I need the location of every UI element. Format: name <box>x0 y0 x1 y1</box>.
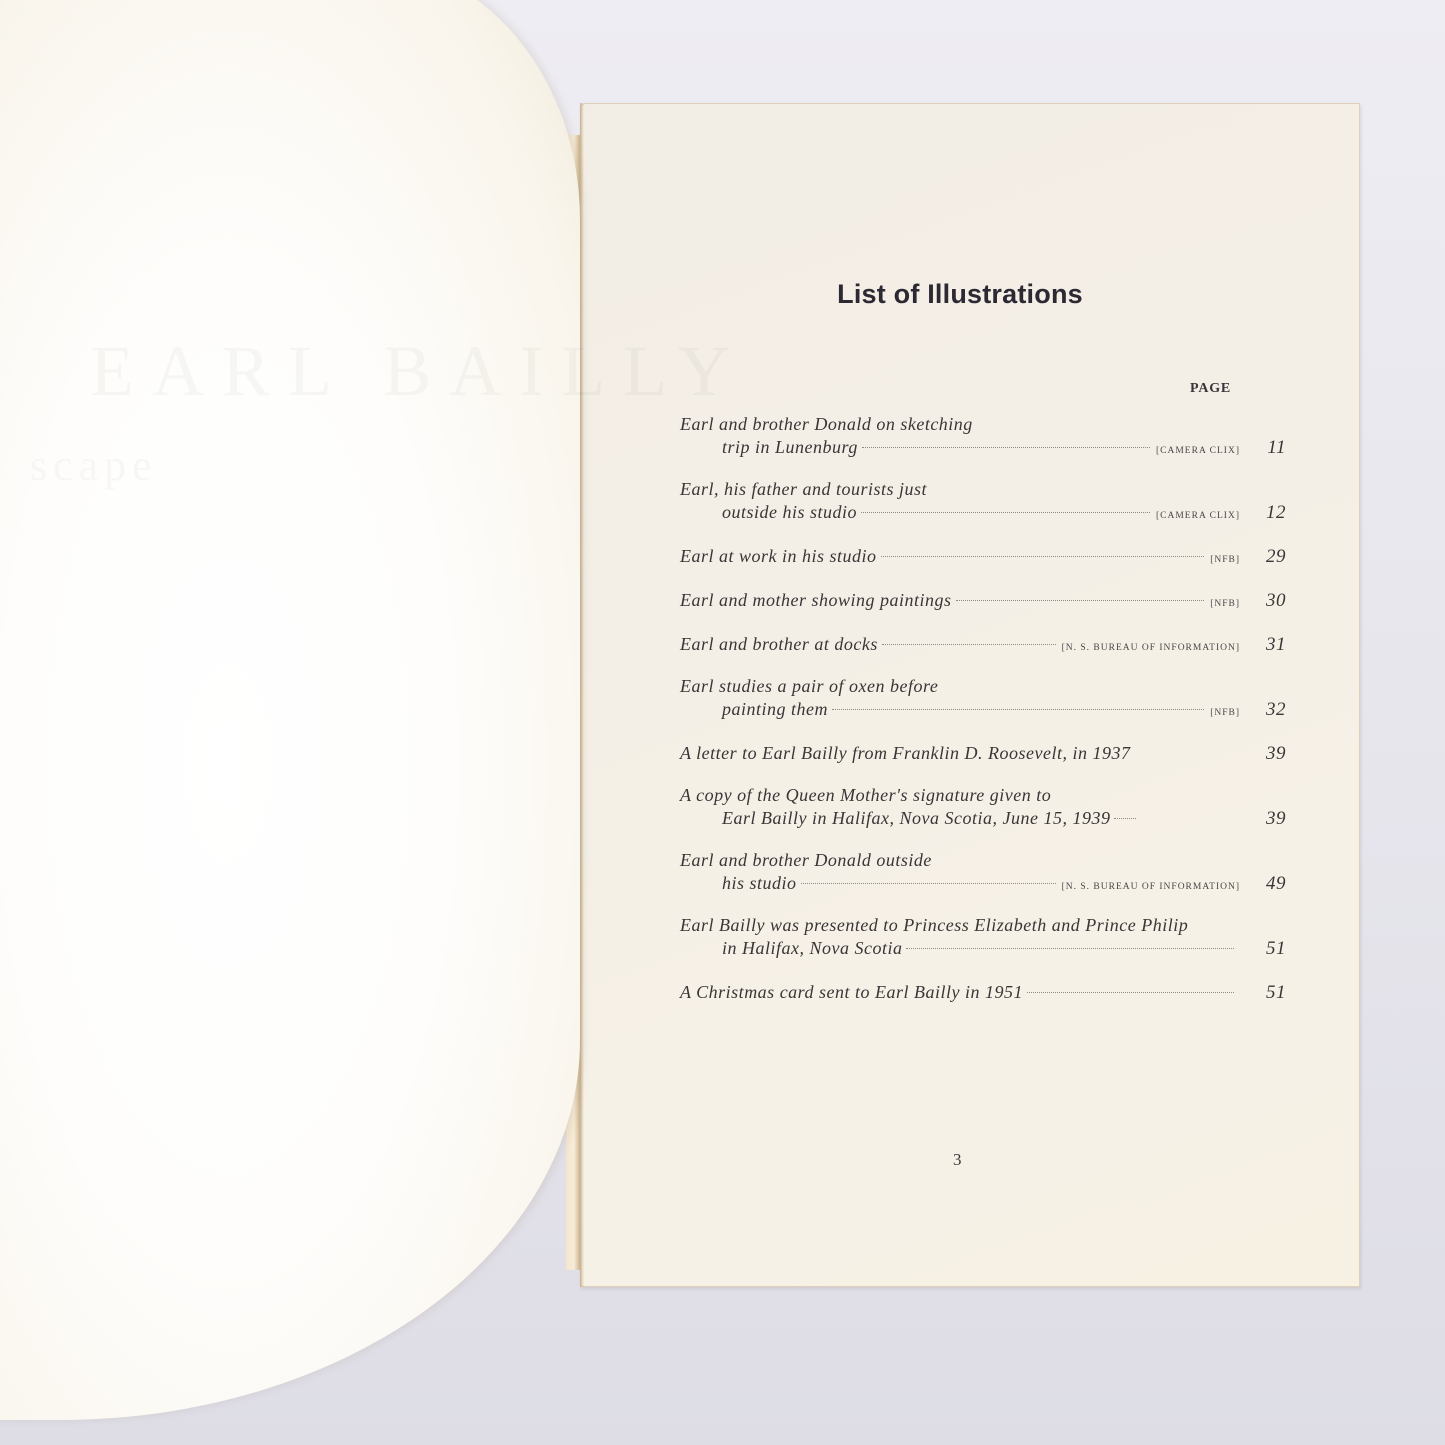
page-ref: 29 <box>1246 546 1286 568</box>
entry-caption-line: Earl Bailly was presented to Princess El… <box>680 914 1188 937</box>
dot-leader <box>881 556 1205 557</box>
photo-credit: [N. S. BUREAU OF INFORMATION] <box>1062 876 1240 899</box>
page-ref: 12 <box>1246 502 1286 524</box>
right-page: List of Illustrations PAGE Earl and brot… <box>580 103 1360 1287</box>
list-item: Earl, his father and tourists just outsi… <box>680 478 1240 524</box>
entry-caption-line: Earl, his father and tourists just <box>680 478 927 501</box>
entry-caption-line: Earl Bailly in Halifax, Nova Scotia, Jun… <box>722 807 1110 830</box>
dot-leader <box>1027 992 1234 993</box>
entry-caption-line: in Halifax, Nova Scotia <box>722 937 902 960</box>
dot-leader <box>861 512 1150 513</box>
page-ref: 51 <box>1246 938 1286 960</box>
dot-leader <box>1114 818 1136 819</box>
entry-caption-line: Earl at work in his studio <box>680 545 877 568</box>
list-item: Earl Bailly was presented to Princess El… <box>680 914 1240 960</box>
page-ref: 11 <box>1246 437 1286 459</box>
dot-leader <box>832 709 1204 710</box>
list-item: A Christmas card sent to Earl Bailly in … <box>680 981 1240 1004</box>
entry-caption-line: Earl and brother Donald on sketching <box>680 413 973 436</box>
list-item: Earl and brother at docks [N. S. BUREAU … <box>680 633 1240 656</box>
entry-caption-line: A copy of the Queen Mother's signature g… <box>680 784 1051 807</box>
list-item: A copy of the Queen Mother's signature g… <box>680 784 1240 830</box>
page-number: 3 <box>953 1150 962 1170</box>
list-item: Earl and mother showing paintings [NFB] … <box>680 589 1240 612</box>
page-ref: 39 <box>1246 743 1286 765</box>
photo-credit: [NFB] <box>1210 702 1240 725</box>
list-item: A letter to Earl Bailly from Franklin D.… <box>680 742 1240 765</box>
list-item: Earl and brother Donald on sketching tri… <box>680 413 1240 459</box>
page-ref: 51 <box>1246 982 1286 1004</box>
dot-leader <box>862 447 1150 448</box>
photo-credit: [CAMERA CLIX] <box>1156 440 1240 463</box>
page-ref: 39 <box>1246 808 1286 830</box>
left-page-bleed-through-subtitle: scape <box>30 440 158 491</box>
left-page <box>0 0 580 1420</box>
list-item: Earl and brother Donald outside his stud… <box>680 849 1240 895</box>
entry-caption-line: painting them <box>722 698 828 721</box>
entry-caption-line: trip in Lunenburg <box>722 436 858 459</box>
left-page-bleed-through-title: EARL BAILLY <box>90 330 748 413</box>
dot-leader <box>906 948 1234 949</box>
photo-credit: [NFB] <box>1210 593 1240 616</box>
entry-caption-line: A Christmas card sent to Earl Bailly in … <box>680 981 1023 1004</box>
page-column-header: PAGE <box>1190 381 1231 397</box>
entry-caption-line: Earl and brother Donald outside <box>680 849 932 872</box>
entry-caption-line: Earl studies a pair of oxen before <box>680 675 938 698</box>
page-ref: 32 <box>1246 699 1286 721</box>
entry-caption-line: A letter to Earl Bailly from Franklin D.… <box>680 742 1130 765</box>
dot-leader <box>882 644 1056 645</box>
list-item: Earl at work in his studio [NFB] 29 <box>680 545 1240 568</box>
entry-caption-line: outside his studio <box>722 501 857 524</box>
page-ref: 49 <box>1246 873 1286 895</box>
photo-credit: [NFB] <box>1210 549 1240 572</box>
entry-caption-line: his studio <box>722 872 797 895</box>
page-ref: 30 <box>1246 590 1286 612</box>
entry-caption-line: Earl and mother showing paintings <box>680 589 952 612</box>
page-ref: 31 <box>1246 634 1286 656</box>
photo-credit: [CAMERA CLIX] <box>1156 505 1240 528</box>
photo-credit: [N. S. BUREAU OF INFORMATION] <box>1062 637 1240 660</box>
page-title: List of Illustrations <box>580 279 1340 310</box>
entry-caption-line: Earl and brother at docks <box>680 633 878 656</box>
dot-leader <box>956 600 1205 601</box>
list-item: Earl studies a pair of oxen before paint… <box>680 675 1240 721</box>
dot-leader <box>801 883 1056 884</box>
illustrations-list: Earl and brother Donald on sketching tri… <box>680 413 1240 1004</box>
